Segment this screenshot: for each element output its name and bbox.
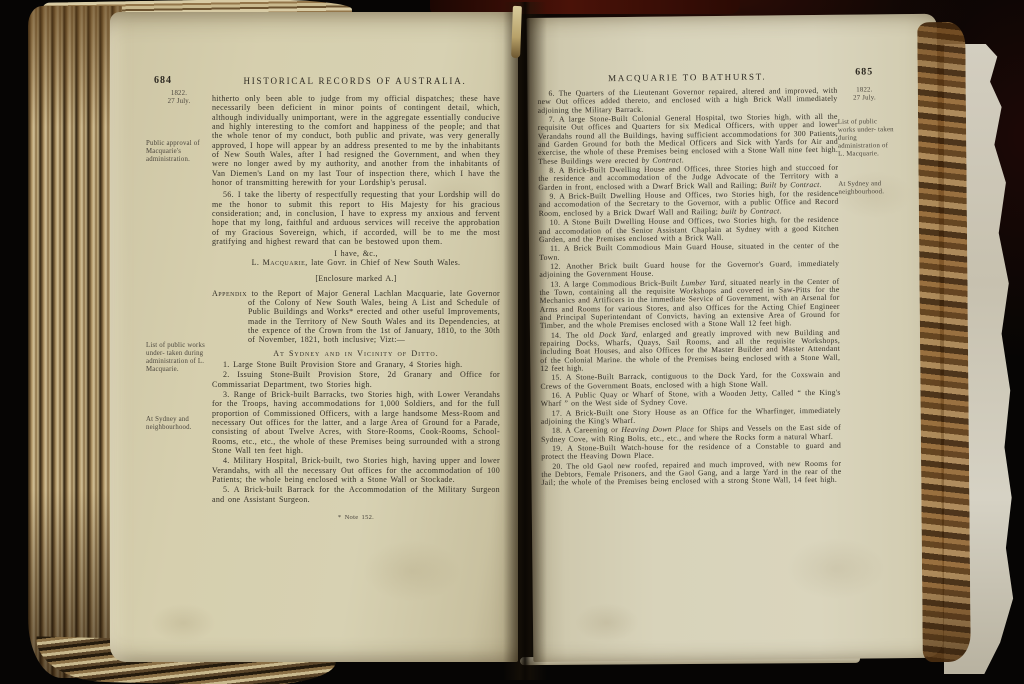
margin-note-approval: Public approval of Macquarie's administr…	[146, 140, 212, 164]
left-page-number: 684	[154, 75, 172, 86]
valediction: I have, &c.,	[212, 249, 500, 258]
right-running-header: MACQUARIE TO BATHURST.	[535, 71, 839, 84]
margin-note-date-right: 1822. 27 July.	[837, 86, 891, 103]
appendix-paragraph: Appendix to the Report of Major General …	[212, 289, 500, 345]
list-item-2: 2. Issuing Stone-Built Provision Store, …	[212, 370, 500, 389]
paragraph-56: 56. I take the liberty of respectfully r…	[212, 190, 500, 246]
right-text-column: 6. The Quarters of the Lieutenant Govern…	[537, 86, 841, 488]
left-running-header: HISTORICAL RECORDS OF AUSTRALIA.	[210, 76, 500, 86]
margin-note-date-left: 1822. 27 July.	[150, 90, 208, 106]
burnt-right-edge	[917, 22, 971, 662]
list-item-6: 6. The Quarters of the Lieutenant Govern…	[537, 87, 837, 115]
right-page-number: 685	[855, 66, 873, 77]
gutter-top-sliver	[511, 6, 522, 58]
footnote: * Note 152.	[212, 513, 500, 522]
list-item-14: 14. The old Dock Yard, enlarged and grea…	[540, 328, 840, 373]
list-item-10: 10. A Stone Built Dwelling House and Off…	[539, 216, 839, 244]
list-item-8: 8. A Brick-Built Dwelling House and Offi…	[538, 164, 838, 192]
margin-date-day: 27 July.	[837, 94, 891, 103]
signature-line: L. Macquarie, late Govr. in Chief of New…	[212, 258, 500, 267]
margin-date-year: 1822.	[150, 90, 208, 98]
margin-date-day: 27 July.	[150, 98, 208, 106]
right-page: MACQUARIE TO BATHURST. 685 1822. 27 July…	[527, 14, 944, 662]
enclosure-heading: [Enclosure marked A.]	[212, 274, 500, 283]
list-item-4: 4. Military Hospital, Brick-built, two S…	[212, 456, 500, 484]
margin-note-at-sydney-left: At Sydney and neighbourhood.	[146, 416, 212, 432]
margin-note-list-works-right: List of public works under- taken during…	[838, 118, 896, 159]
left-text-column: hitherto only been able to judge from my…	[212, 94, 500, 522]
list-item-9: 9. A Brick-Built Dwelling House and Offi…	[538, 190, 838, 218]
list-item-13: 13. A large Commodious Brick-Built Lumbe…	[539, 277, 840, 330]
left-page: 684 HISTORICAL RECORDS OF AUSTRALIA. 182…	[110, 12, 518, 662]
margin-note-list-works-left: List of public works under- taken during…	[146, 342, 212, 374]
list-item-20: 20. The old Gaol new roofed, repaired an…	[541, 460, 841, 488]
left-page-content: 684 HISTORICAL RECORDS OF AUSTRALIA. 182…	[110, 12, 518, 662]
list-item-1: 1. Large Stone Built Provision Store and…	[212, 360, 500, 369]
list-item-5: 5. A Brick-built Barrack for the Accommo…	[212, 485, 500, 504]
paragraph-hitherto: hitherto only been able to judge from my…	[212, 94, 500, 187]
margin-note-at-sydney-right: At Sydney and neighbourhood.	[838, 180, 896, 197]
list-item-3: 3. Range of Brick-built Barracks, two St…	[212, 390, 500, 455]
sydney-section-heading: At Sydney and in Vicinity of Ditto.	[212, 349, 500, 358]
open-book-photo: 684 HISTORICAL RECORDS OF AUSTRALIA. 182…	[0, 0, 1024, 684]
page-edges-left-stack	[28, 6, 122, 678]
right-page-content: MACQUARIE TO BATHURST. 685 1822. 27 July…	[527, 14, 944, 662]
list-item-7: 7. A large Stone-Built Colonial General …	[538, 113, 839, 166]
